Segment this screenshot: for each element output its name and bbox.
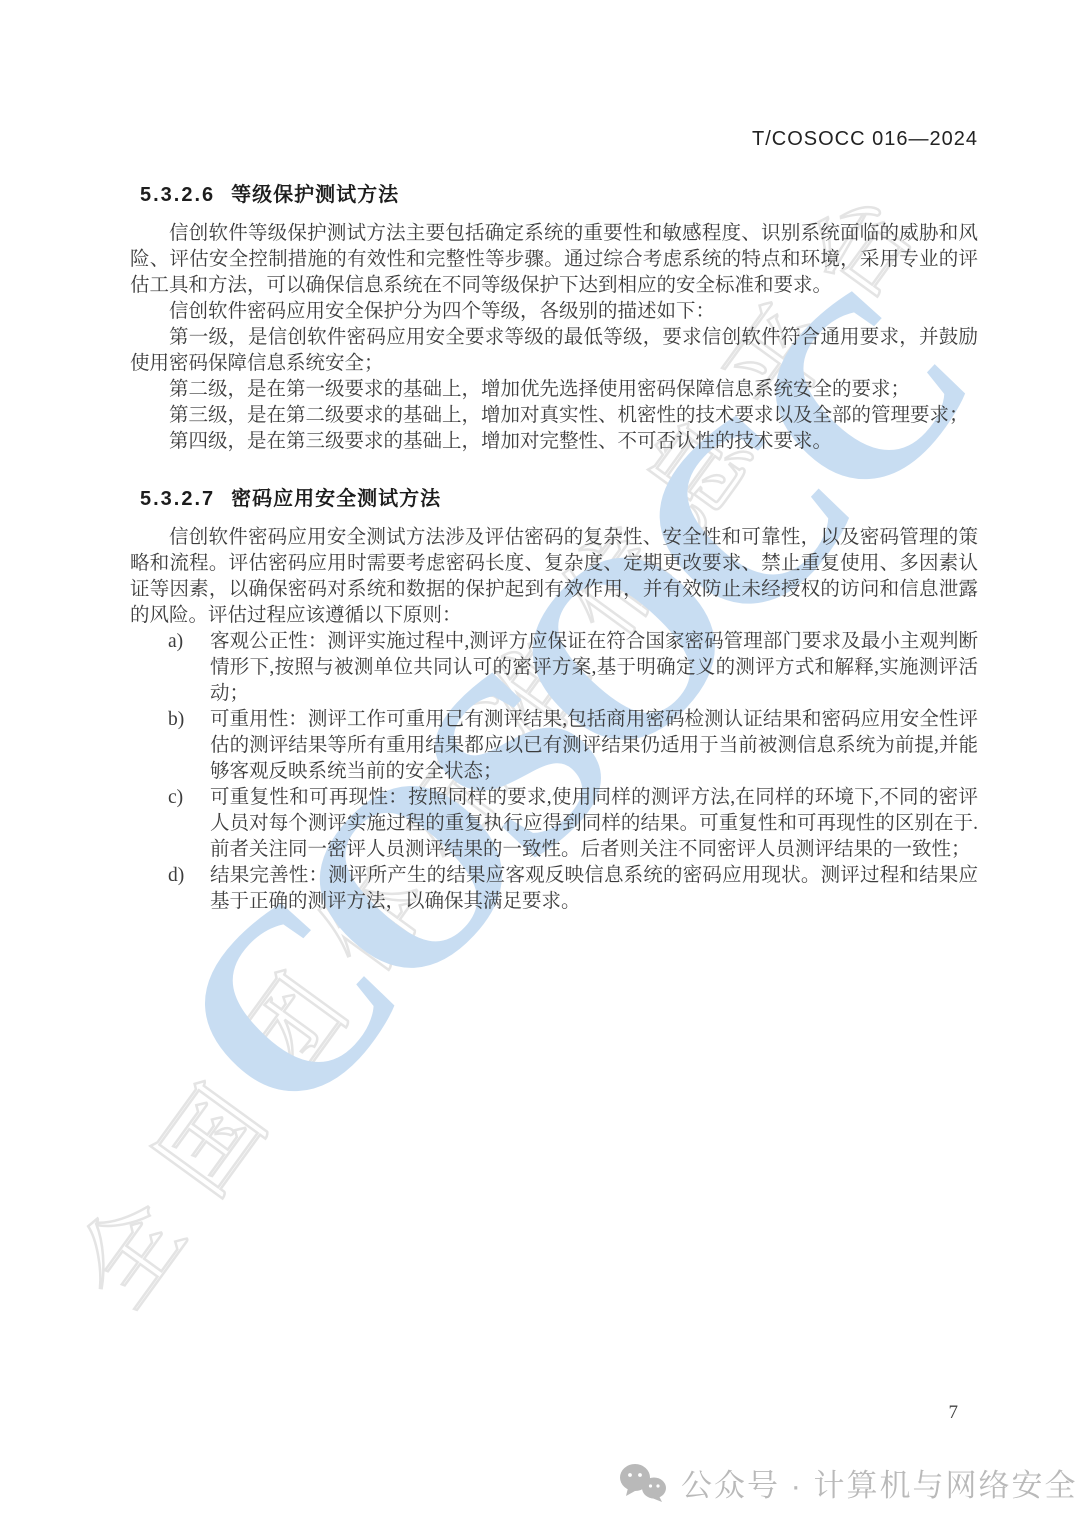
footer-text: 公众号 · 计算机与网络安全 [681,1460,1078,1505]
principles-list: a) 客观公正性：测评实施过程中,测评方应保证在符合国家密码管理部门要求及最小主… [130,629,978,915]
section-title: 密码应用安全测试方法 [231,488,441,510]
wechat-icon [618,1462,668,1504]
list-item: a) 客观公正性：测评实施过程中,测评方应保证在符合国家密码管理部门要求及最小主… [130,629,978,707]
page-number: 7 [949,1402,959,1424]
paragraph: 信创软件密码应用安全保护分为四个等级，各级别的描述如下： [130,299,978,325]
list-marker: d) [130,863,210,915]
section-number: 5.3.2.6 [140,184,215,206]
page-content: T/COSOCC 016—2024 5.3.2.6等级保护测试方法 信创软件等级… [130,0,978,915]
section-heading-5326: 5.3.2.6等级保护测试方法 [140,178,978,207]
list-marker: a) [130,629,210,707]
list-item: b) 可重用性：测评工作可重用已有测评结果,包括商用密码检测认证结果和密码应用安… [130,707,978,785]
list-marker: c) [130,785,210,863]
list-text: 可重用性：测评工作可重用已有测评结果,包括商用密码检测认证结果和密码应用安全性评… [210,707,978,785]
list-item: c) 可重复性和可再现性：按照同样的要求,使用同样的测评方法,在同样的环境下,不… [130,785,978,863]
document-number: T/COSOCC 016—2024 [130,128,978,151]
paragraph: 第一级，是信创软件密码应用安全要求等级的最低等级，要求信创软件符合通用要求，并鼓… [130,325,978,377]
list-text: 客观公正性：测评实施过程中,测评方应保证在符合国家密码管理部门要求及最小主观判断… [210,629,978,707]
section-title: 等级保护测试方法 [231,184,399,206]
paragraph: 信创软件等级保护测试方法主要包括确定系统的重要性和敏感程度、识别系统面临的威胁和… [130,221,978,299]
list-item: d) 结果完善性：测评所产生的结果应客观反映信息系统的密码应用现状。测评过程和结… [130,863,978,915]
section-heading-5327: 5.3.2.7密码应用安全测试方法 [140,482,978,511]
paragraph: 第四级，是在第三级要求的基础上，增加对完整性、不可否认性的技术要求。 [130,429,978,455]
list-text: 可重复性和可再现性：按照同样的要求,使用同样的测评方法,在同样的环境下,不同的密… [210,785,978,863]
paragraph: 信创软件密码应用安全测试方法涉及评估密码的复杂性、安全性和可靠性，以及密码管理的… [130,525,978,629]
list-text: 结果完善性：测评所产生的结果应客观反映信息系统的密码应用现状。测评过程和结果应基… [210,863,978,915]
paragraph: 第二级，是在第一级要求的基础上，增加优先选择使用密码保障信息系统安全的要求； [130,377,978,403]
section-number: 5.3.2.7 [140,488,215,510]
paragraph: 第三级，是在第二级要求的基础上，增加对真实性、机密性的技术要求以及全部的管理要求… [130,403,978,429]
list-marker: b) [130,707,210,785]
document-page: 全国团体标准信息平台 COSOCC T/COSOCC 016—2024 5.3.… [0,0,1080,1528]
footer-banner: 公众号 · 计算机与网络安全 [618,1460,1078,1505]
